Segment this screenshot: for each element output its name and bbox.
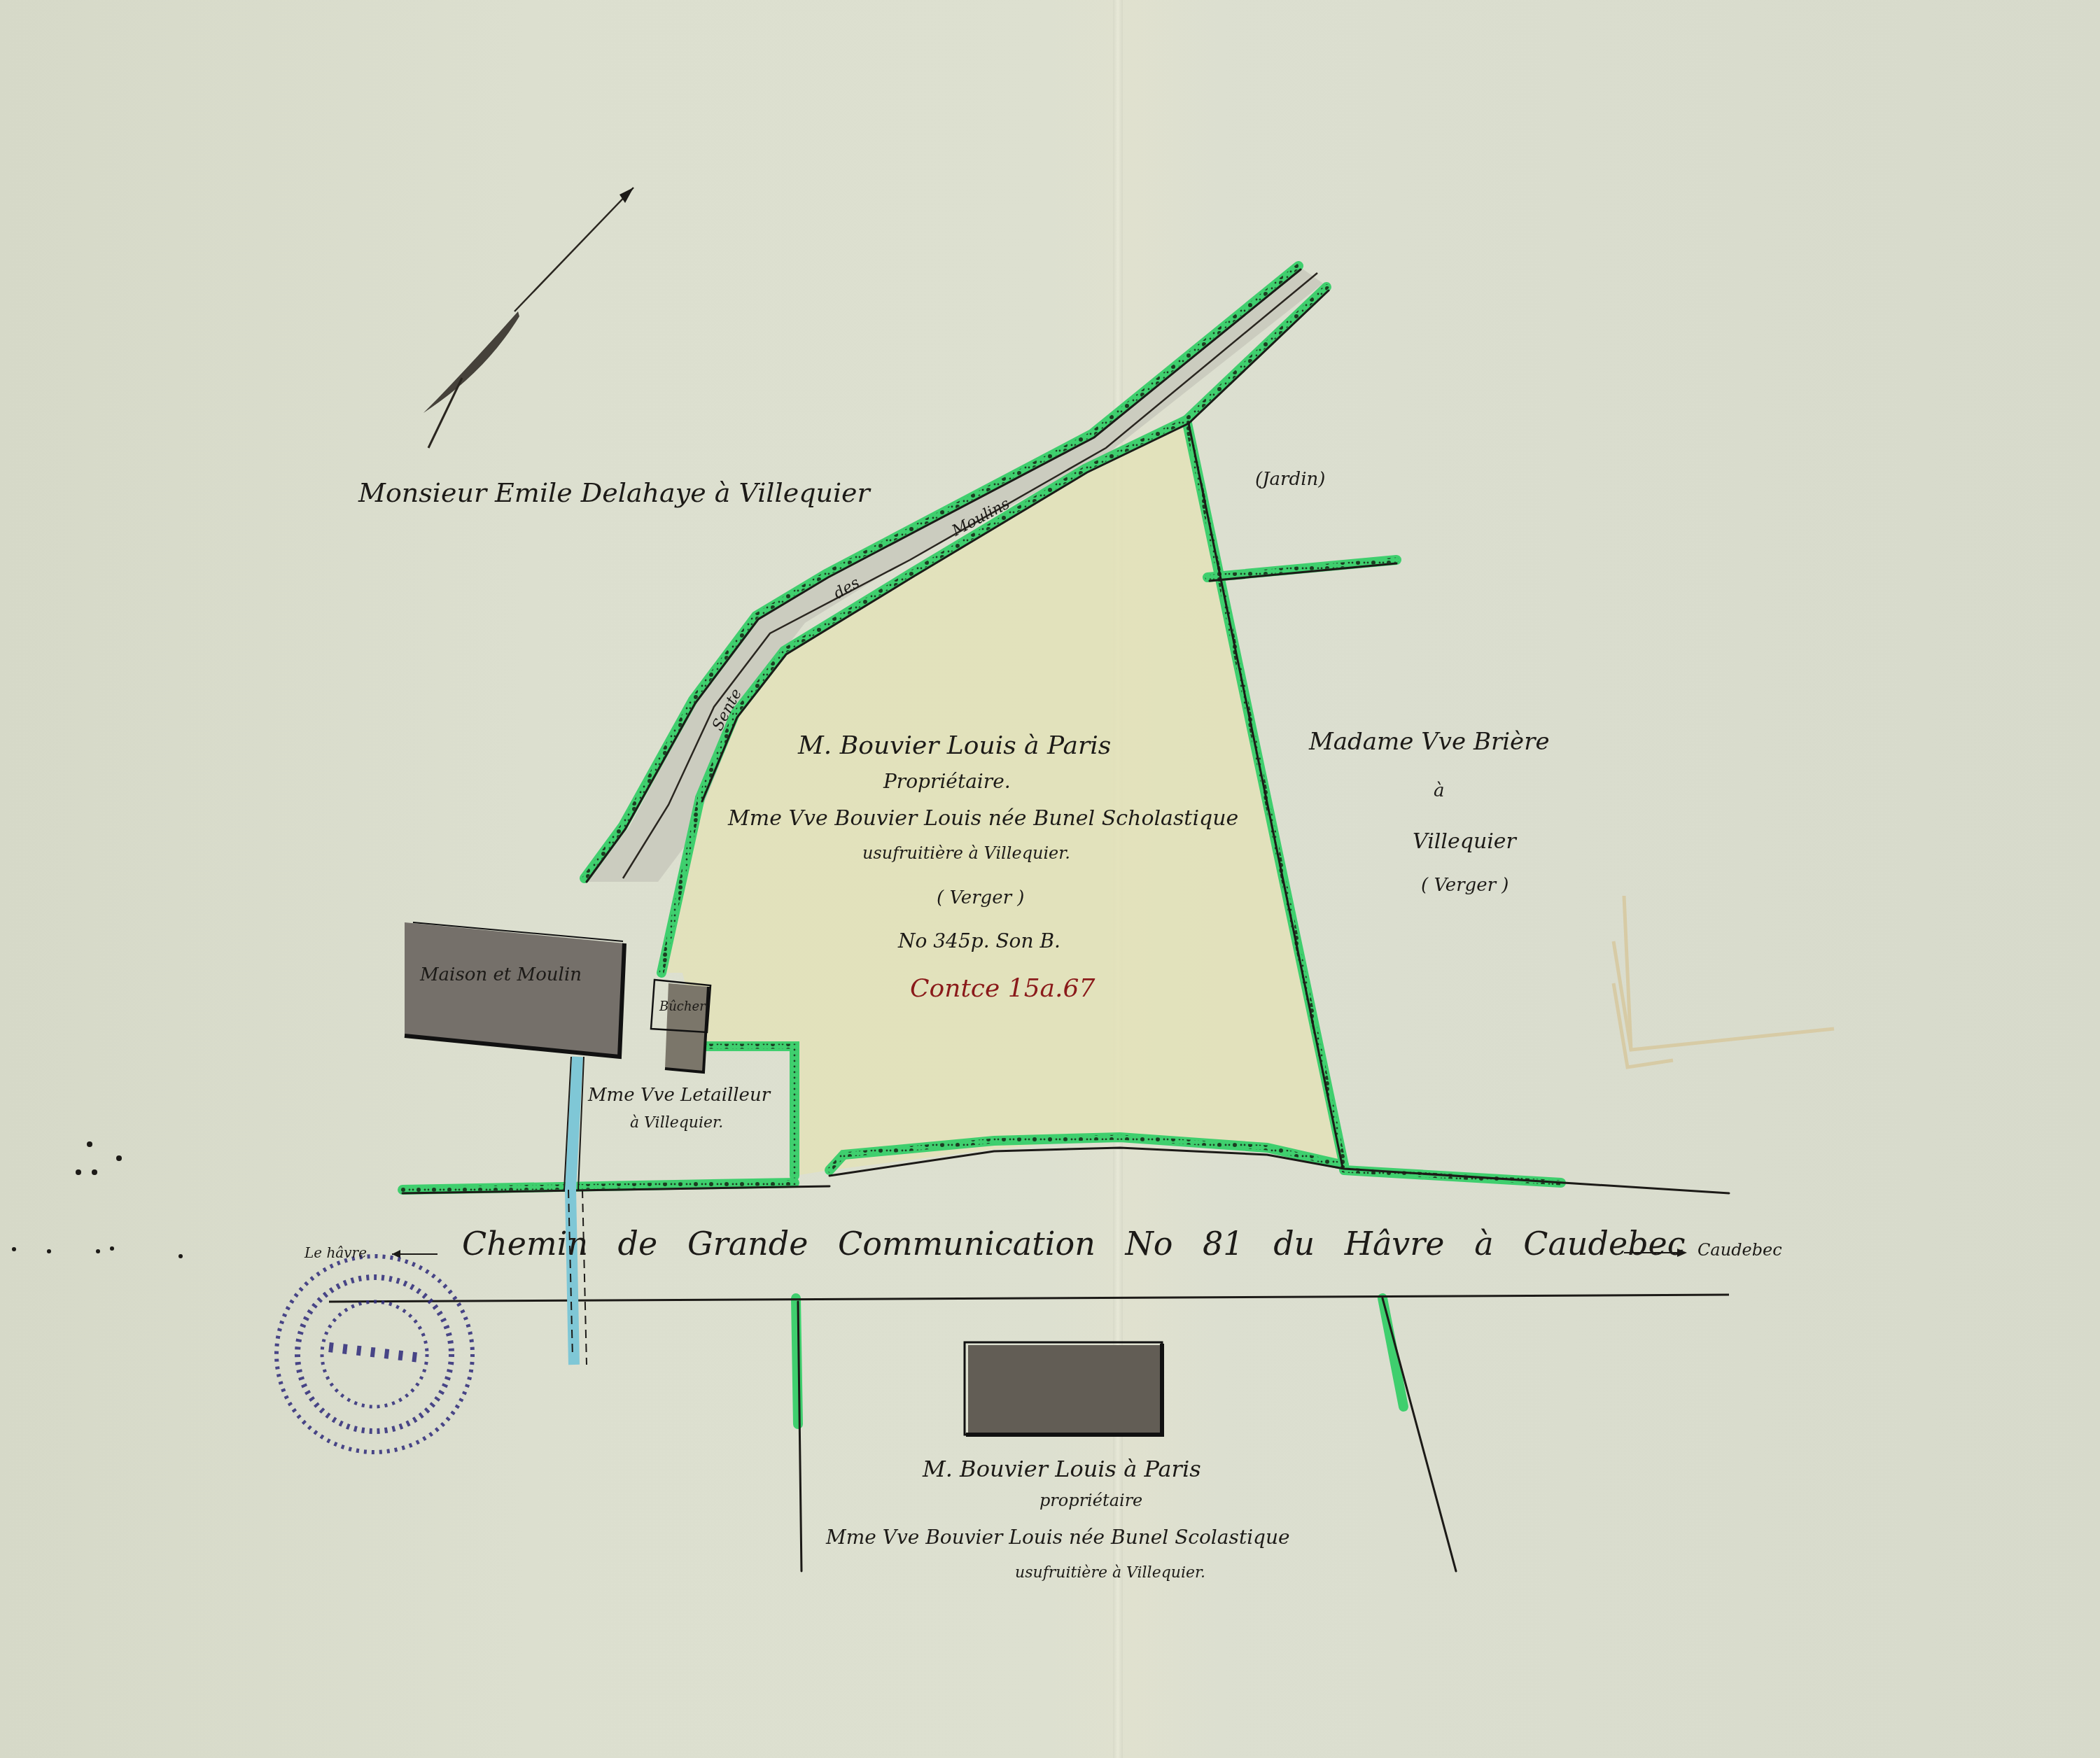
road-east-destination: Caudebec [1697, 1240, 1782, 1260]
building-bucher[interactable] [651, 980, 710, 1072]
neighbor-e-town: Villequier [1413, 829, 1516, 854]
south-owner-name: M. Bouvier Louis à Paris [923, 1456, 1201, 1482]
road-west-destination: Le hâvre [304, 1244, 367, 1261]
south-owner-role: propriétaire [1039, 1491, 1142, 1510]
main-land-use: ( Verger ) [937, 887, 1024, 908]
building-mill-label: Maison et Moulin [420, 964, 582, 985]
main-parcel[interactable] [661, 420, 1344, 1176]
north-arrow-icon [423, 188, 633, 448]
neighbor-e-name: Madame Vve Brière [1309, 728, 1550, 756]
bleed-through-marks [1613, 896, 1834, 1067]
south-usufructuary-role: usufruitière à Villequier. [1015, 1564, 1205, 1582]
main-usufructuary-role: usufruitière à Villequier. [862, 843, 1070, 863]
neighbor-nw-label: Monsieur Emile Delahaye à Villequier [358, 477, 870, 508]
main-parcel-area: Contce 15a.67 [910, 974, 1095, 1003]
south-usufructuary-name: Mme Vve Bouvier Louis née Bunel Scolasti… [826, 1526, 1290, 1549]
building-south[interactable] [965, 1342, 1162, 1435]
ink-marks [12, 1141, 183, 1258]
official-stamp-icon [276, 1256, 472, 1452]
building-maison-et-moulin[interactable] [405, 922, 624, 1057]
main-parcel-number: No 345p. Son B. [898, 929, 1060, 952]
cadastral-map: Monsieur Emile Delahaye à Villequier Sen… [0, 0, 2100, 1758]
road-chemin-gc-81[interactable] [329, 1295, 1729, 1302]
main-usufructuary-name: Mme Vve Bouvier Louis née Bunel Scholast… [728, 806, 1238, 831]
jardin-label: (Jardin) [1255, 469, 1325, 490]
main-owner-role: Propriétaire. [883, 770, 1011, 793]
building-woodshed-label: Bûcher [659, 999, 706, 1014]
main-owner-name: M. Bouvier Louis à Paris [798, 731, 1111, 760]
road-label: Chemin de Grande Communication No 81 du … [462, 1225, 1686, 1263]
neighbor-e-a: à [1434, 780, 1445, 801]
neighbor-sw-town: à Villequier. [630, 1114, 723, 1132]
arrow-to-le-havre-icon [392, 1250, 437, 1258]
neighbor-e-land-use: ( Verger ) [1421, 875, 1508, 896]
neighbor-sw-name: Mme Vve Letailleur [588, 1085, 770, 1106]
